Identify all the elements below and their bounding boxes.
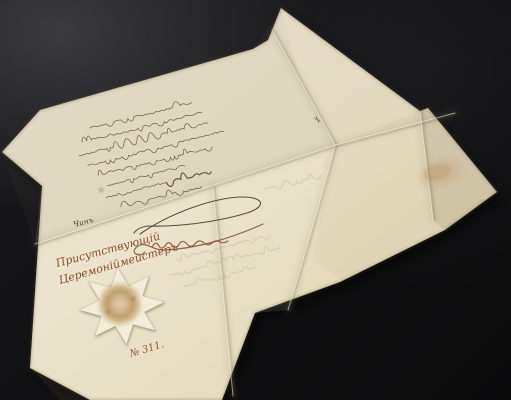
seal-stamp-impression bbox=[96, 280, 144, 328]
small-stain-left bbox=[98, 187, 103, 192]
photo-frame: Чинъ Присутствующій Церемоніймейстеръ № … bbox=[0, 0, 511, 400]
photo-scene: Чинъ Присутствующій Церемоніймейстеръ № … bbox=[0, 0, 511, 400]
